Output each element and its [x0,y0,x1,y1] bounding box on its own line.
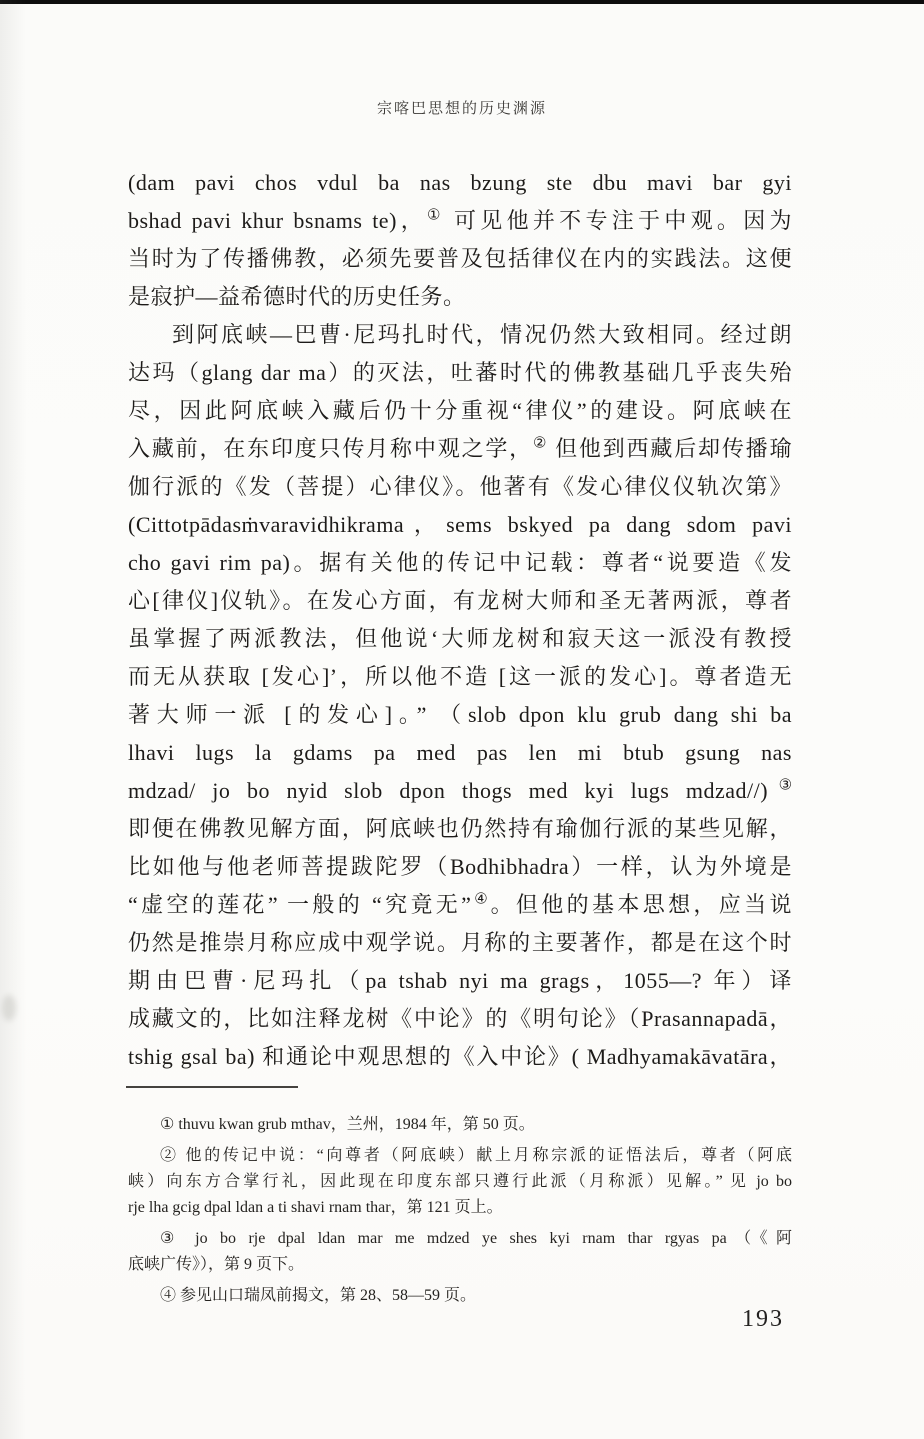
scan-left-shading [0,0,26,1439]
body-line: 尽，因此阿底峡入藏后仍十分重视“律仪”的建设。阿底峡在 [128,392,792,430]
footnotes: ① thuvu kwan grub mthav，兰州，1984 年，第 50 页… [128,1112,792,1309]
body-line: “虚空的莲花” 一般的 “究竟无”④。但他的基本思想，应当说 [128,886,792,924]
body-line: 仍然是推崇月称应成中观学说。月称的主要著作，都是在这个时 [128,924,792,962]
page-number: 193 [742,1306,784,1333]
body-line: 虽掌握了两派教法，但他说‘大师龙树和寂天这一派没有教授 [128,620,792,658]
body-line: 到阿底峡—巴曹·尼玛扎时代，情况仍然大致相同。经过朗 [128,316,792,354]
footnote-line: rje lha gcig dpal ldan a ti shavi rnam t… [128,1195,792,1221]
body-line: 期由巴曹·尼玛扎（pa tshab nyi ma grags，1055—? 年）… [128,962,792,1000]
body-line: (dam pavi chos vdul ba nas bzung ste dbu… [128,164,792,202]
book-page: 宗喀巴思想的历史渊源 (dam pavi chos vdul ba nas bz… [0,0,924,1439]
body-line: mdzad/ jo bo nyid slob dpon thogs med ky… [128,772,792,810]
body-line: lhavi lugs la gdams pa med pas len mi bt… [128,734,792,772]
body-text: (dam pavi chos vdul ba nas bzung ste dbu… [128,164,792,1076]
body-line: 成藏文的，比如注释龙树《中论》的《明句论》（Prasannapadā， [128,1000,792,1038]
footnote-line: ② 他的传记中说：“向尊者（阿底峡）献上月称宗派的证悟法后，尊者（阿底 [128,1143,792,1169]
footnote-line: 峡）向东方合掌行礼，因此现在印度东部只遵行此派（月称派）见解。” 见 jo bo [128,1169,792,1195]
footnote-line: 底峡广传》），第 9 页下。 [128,1252,792,1278]
body-line: 即便在佛教见解方面，阿底峡也仍然持有瑜伽行派的某些见解， [128,810,792,848]
body-line: 心[律仪]仪轨》。在发心方面，有龙树大师和圣无著两派，尊者 [128,582,792,620]
body-line: 入藏前，在东印度只传月称中观之学，② 但他到西藏后却传播瑜 [128,430,792,468]
body-line: 达玛（glang dar ma）的灭法，吐蕃时代的佛教基础几乎丧失殆 [128,354,792,392]
body-line: 当时为了传播佛教，必须先要普及包括律仪在内的实践法。这便 [128,240,792,278]
body-line: 是寂护—益希德时代的历史任务。 [128,278,792,316]
scan-smudge [2,995,16,1021]
body-line: tshig gsal ba) 和通论中观思想的《入中论》( Madhyamakā… [128,1038,792,1076]
body-line: cho gavi rim pa)。据有关他的传记中记载：尊者“说要造《发 [128,544,792,582]
body-line: 比如他与他老师菩提跋陀罗（Bodhibhadra）一样，认为外境是 [128,848,792,886]
scan-top-edge [0,0,924,4]
footnote-line: ① thuvu kwan grub mthav，兰州，1984 年，第 50 页… [128,1112,792,1138]
body-line: 伽行派的《发（菩提）心律仪》。他著有《发心律仪仪轨次第》 [128,468,792,506]
body-line: bshad pavi khur bsnams te)，① 可见他并不专注于中观。… [128,202,792,240]
running-header: 宗喀巴思想的历史渊源 [0,97,924,118]
footnote-line: ③ jo bo rje dpal ldan mar me mdzed ye sh… [128,1226,792,1252]
footnote-divider [126,1086,298,1088]
body-line: (Cittotpādasṁvaravidhikrama，sems bskyed … [128,506,792,544]
body-line: 而无从获取 [发心]’，所以他不造 [这一派的发心]。尊者造无 [128,658,792,696]
footnote-line: ④ 参见山口瑞凤前揭文，第 28、58—59 页。 [128,1283,792,1309]
body-line: 著大师一派 [的发心]。” （slob dpon klu grub dang s… [128,696,792,734]
